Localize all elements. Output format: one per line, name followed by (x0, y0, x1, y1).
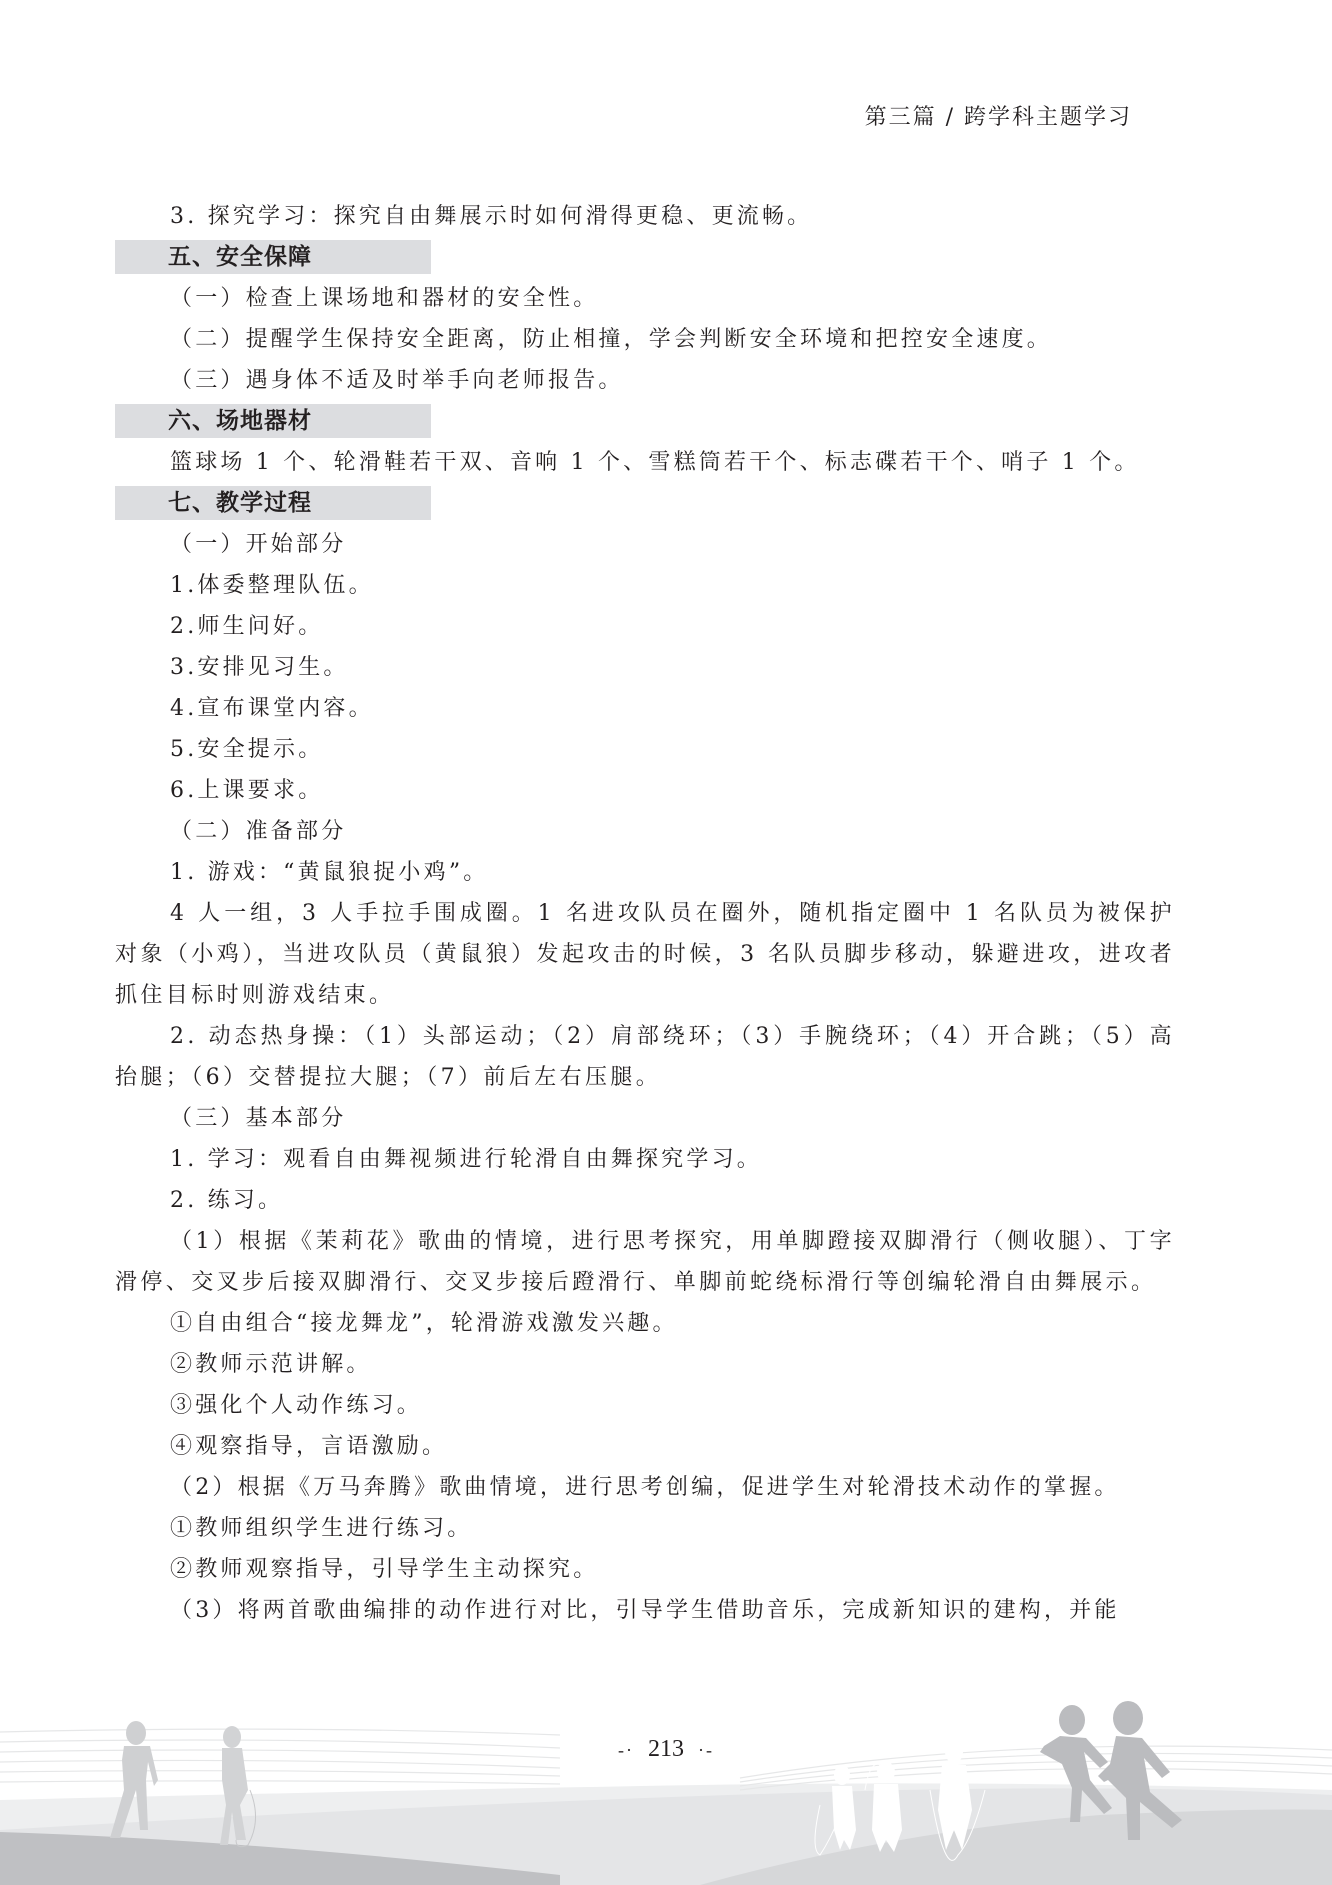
list-item: ④观察指导，言语激励。 (115, 1426, 1175, 1467)
list-item: 3.安排见习生。 (115, 647, 1175, 688)
subsection-title: （三）基本部分 (115, 1098, 1175, 1139)
list-item: ①教师组织学生进行练习。 (115, 1508, 1175, 1549)
running-head: 第三篇 / 跨学科主题学习 (865, 100, 1132, 131)
page-number: -·213·- (0, 1736, 1332, 1763)
paragraph: 3. 探究学习：探究自由舞展示时如何滑得更稳、更流畅。 (115, 196, 1175, 237)
section-heading-safety: 五、安全保障 (115, 240, 431, 274)
list-item: 1. 学习：观看自由舞视频进行轮滑自由舞探究学习。 (115, 1139, 1175, 1180)
page-number-value: 213 (648, 1736, 684, 1762)
section-heading-equipment: 六、场地器材 (115, 404, 431, 438)
list-item: 1. 游戏：“黄鼠狼捉小鸡”。 (115, 852, 1175, 893)
list-item: ②教师示范讲解。 (115, 1344, 1175, 1385)
list-item: ②教师观察指导，引导学生主动探究。 (115, 1549, 1175, 1590)
page-number-ornament-right: ·- (698, 1740, 714, 1760)
list-item: 2. 练习。 (115, 1180, 1175, 1221)
list-item: ①自由组合“接龙舞龙”，轮滑游戏激发兴趣。 (115, 1303, 1175, 1344)
list-item: 6.上课要求。 (115, 770, 1175, 811)
list-item: 4.宣布课堂内容。 (115, 688, 1175, 729)
list-item: （3）将两首歌曲编排的动作进行对比，引导学生借助音乐，完成新知识的建构，并能 (115, 1590, 1175, 1631)
subsection-title: （一）开始部分 (115, 524, 1175, 565)
list-item: （2）根据《万马奔腾》歌曲情境，进行思考创编，促进学生对轮滑技术动作的掌握。 (115, 1467, 1175, 1508)
list-item: （二）提醒学生保持安全距离，防止相撞，学会判断安全环境和把控安全速度。 (115, 319, 1175, 360)
paragraph: （1）根据《茉莉花》歌曲的情境，进行思考探究，用单脚蹬接双脚滑行（侧收腿）、丁字… (115, 1221, 1175, 1303)
list-item: 1.体委整理队伍。 (115, 565, 1175, 606)
list-item: （三）遇身体不适及时举手向老师报告。 (115, 360, 1175, 401)
list-item: 5.安全提示。 (115, 729, 1175, 770)
paragraph: 篮球场 1 个、轮滑鞋若干双、音响 1 个、雪糕筒若干个、标志碟若干个、哨子 1… (115, 442, 1175, 483)
page-number-ornament-left: -· (618, 1740, 634, 1760)
list-item: ③强化个人动作练习。 (115, 1385, 1175, 1426)
list-item: （一）检查上课场地和器材的安全性。 (115, 278, 1175, 319)
paragraph: 4 人一组，3 人手拉手围成圈。1 名进攻队员在圈外，随机指定圈中 1 名队员为… (115, 893, 1175, 1016)
paragraph: 2. 动态热身操：（1）头部运动；（2）肩部绕环；（3）手腕绕环；（4）开合跳；… (115, 1016, 1175, 1098)
sports-silhouettes-illustration (0, 1680, 1332, 1885)
list-item: 2.师生问好。 (115, 606, 1175, 647)
document-body: 3. 探究学习：探究自由舞展示时如何滑得更稳、更流畅。 五、安全保障 （一）检查… (115, 196, 1175, 1631)
section-heading-teaching-process: 七、教学过程 (115, 486, 431, 520)
subsection-title: （二）准备部分 (115, 811, 1175, 852)
